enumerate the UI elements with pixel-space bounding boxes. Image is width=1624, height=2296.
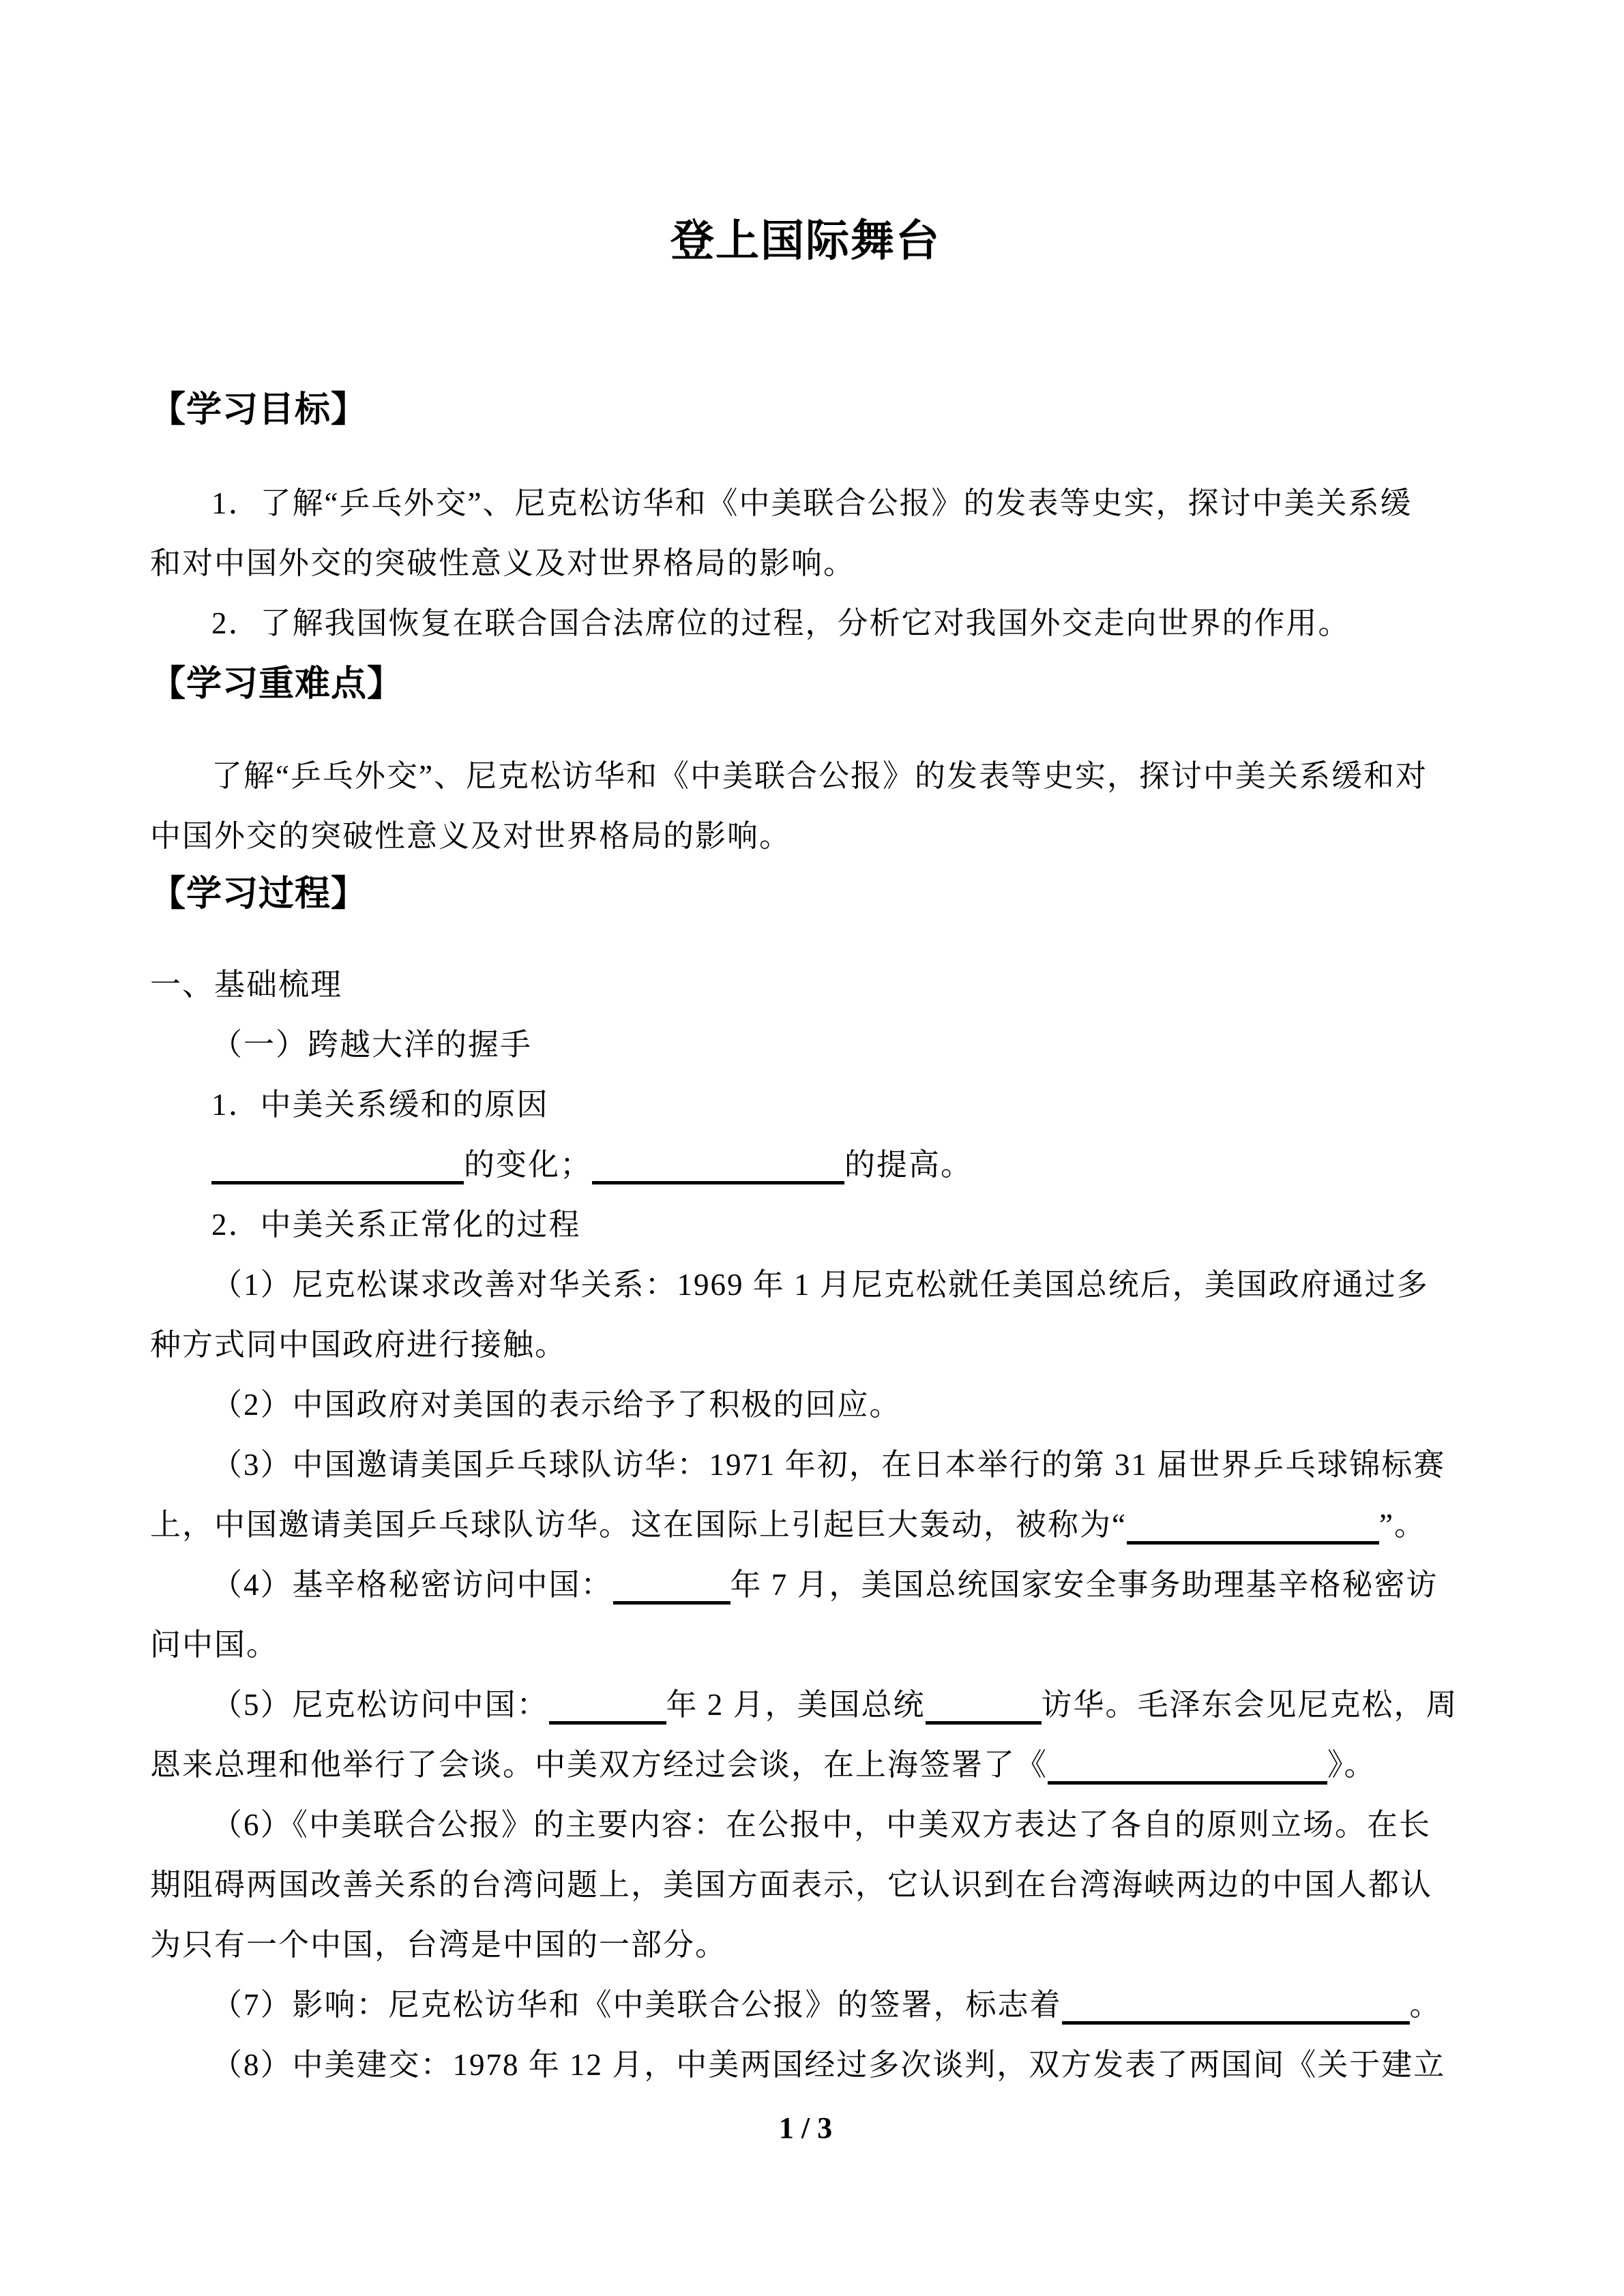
item-7-segment-after-blank: 。 <box>1410 1988 1442 2022</box>
key-points-line-1: 了解“乒乓外交”、尼克松访华和《中美联合公报》的发表等史实，探讨中美关系缓和对 <box>150 746 1461 806</box>
process-item-5-line-1: （5）尼克松访问中国：年 2 月，美国总统访华。毛泽东会见尼克松，周 <box>150 1675 1461 1735</box>
answer-blank <box>1048 1781 1327 1785</box>
process-item-2: （2）中国政府对美国的表示给予了积极的回应。 <box>150 1375 1461 1435</box>
objectives-item-2: 2．了解我国恢复在联合国合法席位的过程，分析它对我国外交走向世界的作用。 <box>150 593 1461 653</box>
process-point-1: 1．中美关系缓和的原因 <box>150 1075 1461 1135</box>
process-item-6-line-1: （6）《中美联合公报》的主要内容：在公报中，中美双方表达了各自的原则立场。在长 <box>150 1795 1461 1855</box>
objectives-item-1-line-2: 和对中国外交的突破性意义及对世界格局的影响。 <box>150 533 1461 593</box>
page-number: 1 / 3 <box>150 2111 1461 2145</box>
process-item-7: （7）影响：尼克松访华和《中美联合公报》的签署，标志着。 <box>150 1975 1461 2035</box>
process-fill-blank-line: 的变化；的提高。 <box>150 1135 1461 1195</box>
key-points-line-2: 中国外交的突破性意义及对世界格局的影响。 <box>150 806 1461 866</box>
process-item-4-line-1: （4）基辛格秘密访问中国：年 7 月，美国总统国家安全事务助理基辛格秘密访 <box>150 1555 1461 1615</box>
blank-line-segment-1: 的变化； <box>464 1148 592 1182</box>
page-title: 登上国际舞台 <box>150 213 1461 270</box>
process-point-2: 2．中美关系正常化的过程 <box>150 1195 1461 1255</box>
answer-blank <box>1127 1541 1379 1545</box>
section-heading-process: 【学习过程】 <box>150 873 1461 915</box>
process-item-8: （8）中美建交：1978 年 12 月，中美两国经过多次谈判，双方发表了两国间《… <box>150 2035 1461 2095</box>
item-4-segment-after-blank: 年 7 月，美国总统国家安全事务助理基辛格秘密访 <box>730 1568 1438 1602</box>
item-5-segment-after-blank-2: 访华。毛泽东会见尼克松，周 <box>1042 1688 1458 1722</box>
answer-blank <box>1062 2021 1410 2025</box>
item-3-segment-after-blank: ”。 <box>1379 1508 1426 1542</box>
process-item-1-line-1: （1）尼克松谋求改善对华关系：1969 年 1 月尼克松就任美国总统后，美国政府… <box>150 1255 1461 1315</box>
process-item-3-line-1: （3）中国邀请美国乒乓球队访华：1971 年初，在日本举行的第 31 届世界乒乓… <box>150 1435 1461 1495</box>
process-item-6-line-3: 为只有一个中国，台湾是中国的一部分。 <box>150 1915 1461 1975</box>
item-4-segment-before-blank: （4）基辛格秘密访问中国： <box>211 1568 613 1602</box>
answer-blank <box>211 1181 464 1184</box>
answer-blank <box>592 1181 844 1184</box>
section-heading-objectives: 【学习目标】 <box>150 389 1461 431</box>
item-5-line-2-segment-before-blank: 恩来总理和他举行了会谈。中美双方经过会谈，在上海签署了《 <box>150 1748 1048 1782</box>
section-heading-key-points: 【学习重难点】 <box>150 663 1461 705</box>
answer-blank <box>926 1721 1042 1725</box>
item-7-segment-before-blank: （7）影响：尼克松访华和《中美联合公报》的签署，标志着 <box>211 1988 1062 2022</box>
process-item-5-line-2: 恩来总理和他举行了会谈。中美双方经过会谈，在上海签署了《》。 <box>150 1735 1461 1795</box>
answer-blank <box>549 1721 666 1725</box>
process-section-1: 一、基础梳理 <box>150 955 1461 1015</box>
item-5-line-2-segment-after-blank: 》。 <box>1327 1748 1376 1782</box>
item-5-segment-between-blanks: 年 2 月，美国总统 <box>666 1688 926 1722</box>
objectives-item-1-line-1: 1．了解“乒乓外交”、尼克松访华和《中美联合公报》的发表等史实，探讨中美关系缓 <box>150 473 1461 533</box>
process-item-6-line-2: 期阻碍两国改善关系的台湾问题上，美国方面表示，它认识到在台湾海峡两边的中国人都认 <box>150 1855 1461 1915</box>
process-item-3-line-2: 上，中国邀请美国乒乓球队访华。这在国际上引起巨大轰动，被称为“”。 <box>150 1495 1461 1555</box>
answer-blank <box>613 1601 730 1605</box>
process-item-4-line-2: 问中国。 <box>150 1615 1461 1675</box>
item-3-segment-before-blank: 上，中国邀请美国乒乓球队访华。这在国际上引起巨大轰动，被称为“ <box>150 1508 1127 1542</box>
document-content: 登上国际舞台 【学习目标】 1．了解“乒乓外交”、尼克松访华和《中美联合公报》的… <box>150 0 1461 2145</box>
process-item-1-line-2: 种方式同中国政府进行接触。 <box>150 1315 1461 1375</box>
blank-line-segment-2: 的提高。 <box>844 1148 973 1182</box>
process-subsection-1: （一）跨越大洋的握手 <box>150 1015 1461 1075</box>
document-page: 登上国际舞台 【学习目标】 1．了解“乒乓外交”、尼克松访华和《中美联合公报》的… <box>0 0 1624 2296</box>
item-5-segment-before-blank-1: （5）尼克松访问中国： <box>211 1688 549 1722</box>
